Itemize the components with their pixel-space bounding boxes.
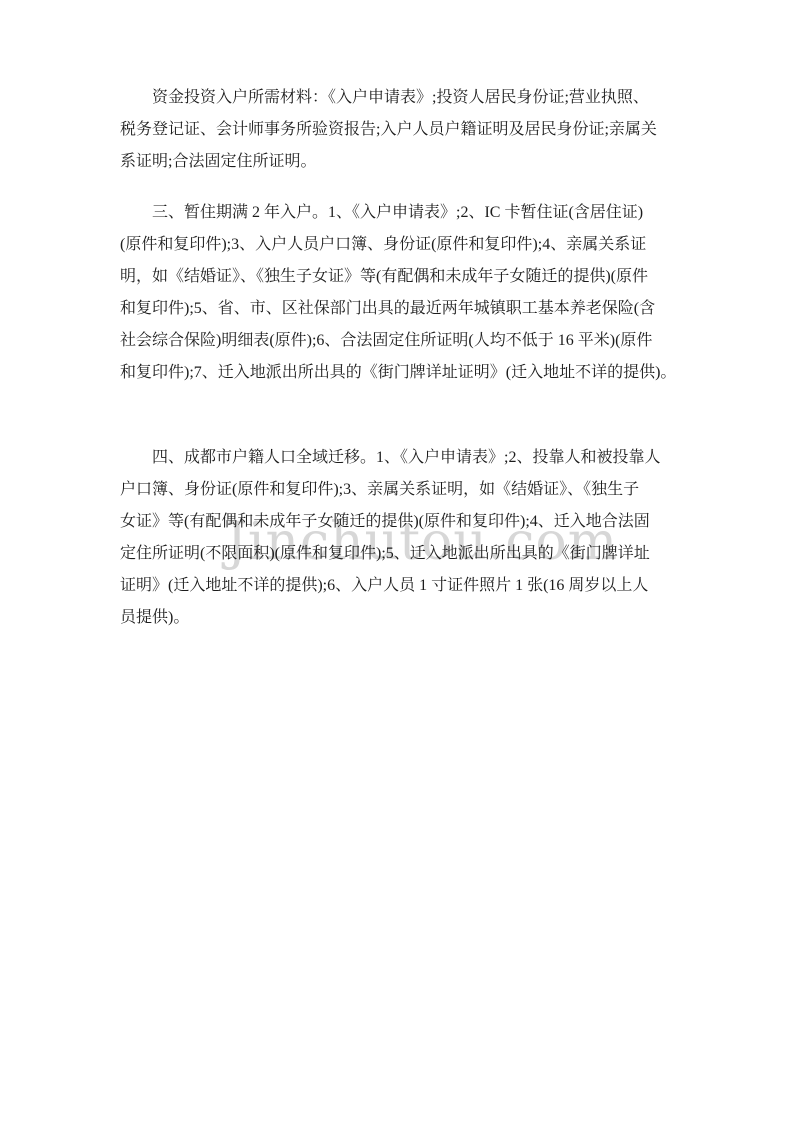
text-line: 三、暂住期满 2 年入户。1、《入户申请表》;2、IC 卡暂住证(含居住证)	[120, 197, 686, 229]
paragraph-temporary-residence: 三、暂住期满 2 年入户。1、《入户申请表》;2、IC 卡暂住证(含居住证) (…	[120, 197, 686, 389]
text-line: 员提供)。	[120, 602, 686, 634]
text-line: 四、成都市户籍人口全域迁移。1、《入户申请表》;2、投靠人和被投靠人	[120, 442, 686, 474]
text-line: 明，如《结婚证》、《独生子女证》等(有配偶和未成年子女随迁的提供)(原件	[120, 261, 686, 293]
document-page: Jinchutou.com 资金投资入户所需材料：《入户申请表》;投资人居民身份…	[0, 0, 800, 1132]
paragraph-investment-materials: 资金投资入户所需材料：《入户申请表》;投资人居民身份证;营业执照、 税务登记证、…	[120, 82, 686, 178]
text-line: 女证》等(有配偶和未成年子女随迁的提供)(原件和复印件);4、迁入地合法固	[120, 506, 686, 538]
text-line: 和复印件);7、迁入地派出所出具的《街门牌详址证明》(迁入地址不详的提供)。	[120, 357, 686, 389]
document-body: 资金投资入户所需材料：《入户申请表》;投资人居民身份证;营业执照、 税务登记证、…	[120, 82, 686, 634]
text-line: 社会综合保险)明细表(原件);6、合法固定住所证明(人均不低于 16 平米)(原…	[120, 325, 686, 357]
text-line: 和复印件);5、省、市、区社保部门出具的最近两年城镇职工基本养老保险(含	[120, 293, 686, 325]
paragraph-chengdu-migration: 四、成都市户籍人口全域迁移。1、《入户申请表》;2、投靠人和被投靠人 户口簿、身…	[120, 442, 686, 634]
text-line: (原件和复印件);3、入户人员户口簿、身份证(原件和复印件);4、亲属关系证	[120, 229, 686, 261]
text-line: 系证明;合法固定住所证明。	[120, 146, 686, 178]
text-line: 户口簿、身份证(原件和复印件);3、亲属关系证明，如《结婚证》、《独生子	[120, 474, 686, 506]
text-line: 证明》(迁入地址不详的提供);6、入户人员 1 寸证件照片 1 张(16 周岁以…	[120, 570, 686, 602]
text-line: 定住所证明(不限面积)(原件和复印件);5、迁入地派出所出具的《街门牌详址	[120, 538, 686, 570]
text-line: 税务登记证、会计师事务所验资报告;入户人员户籍证明及居民身份证;亲属关	[120, 114, 686, 146]
text-line: 资金投资入户所需材料：《入户申请表》;投资人居民身份证;营业执照、	[120, 82, 686, 114]
